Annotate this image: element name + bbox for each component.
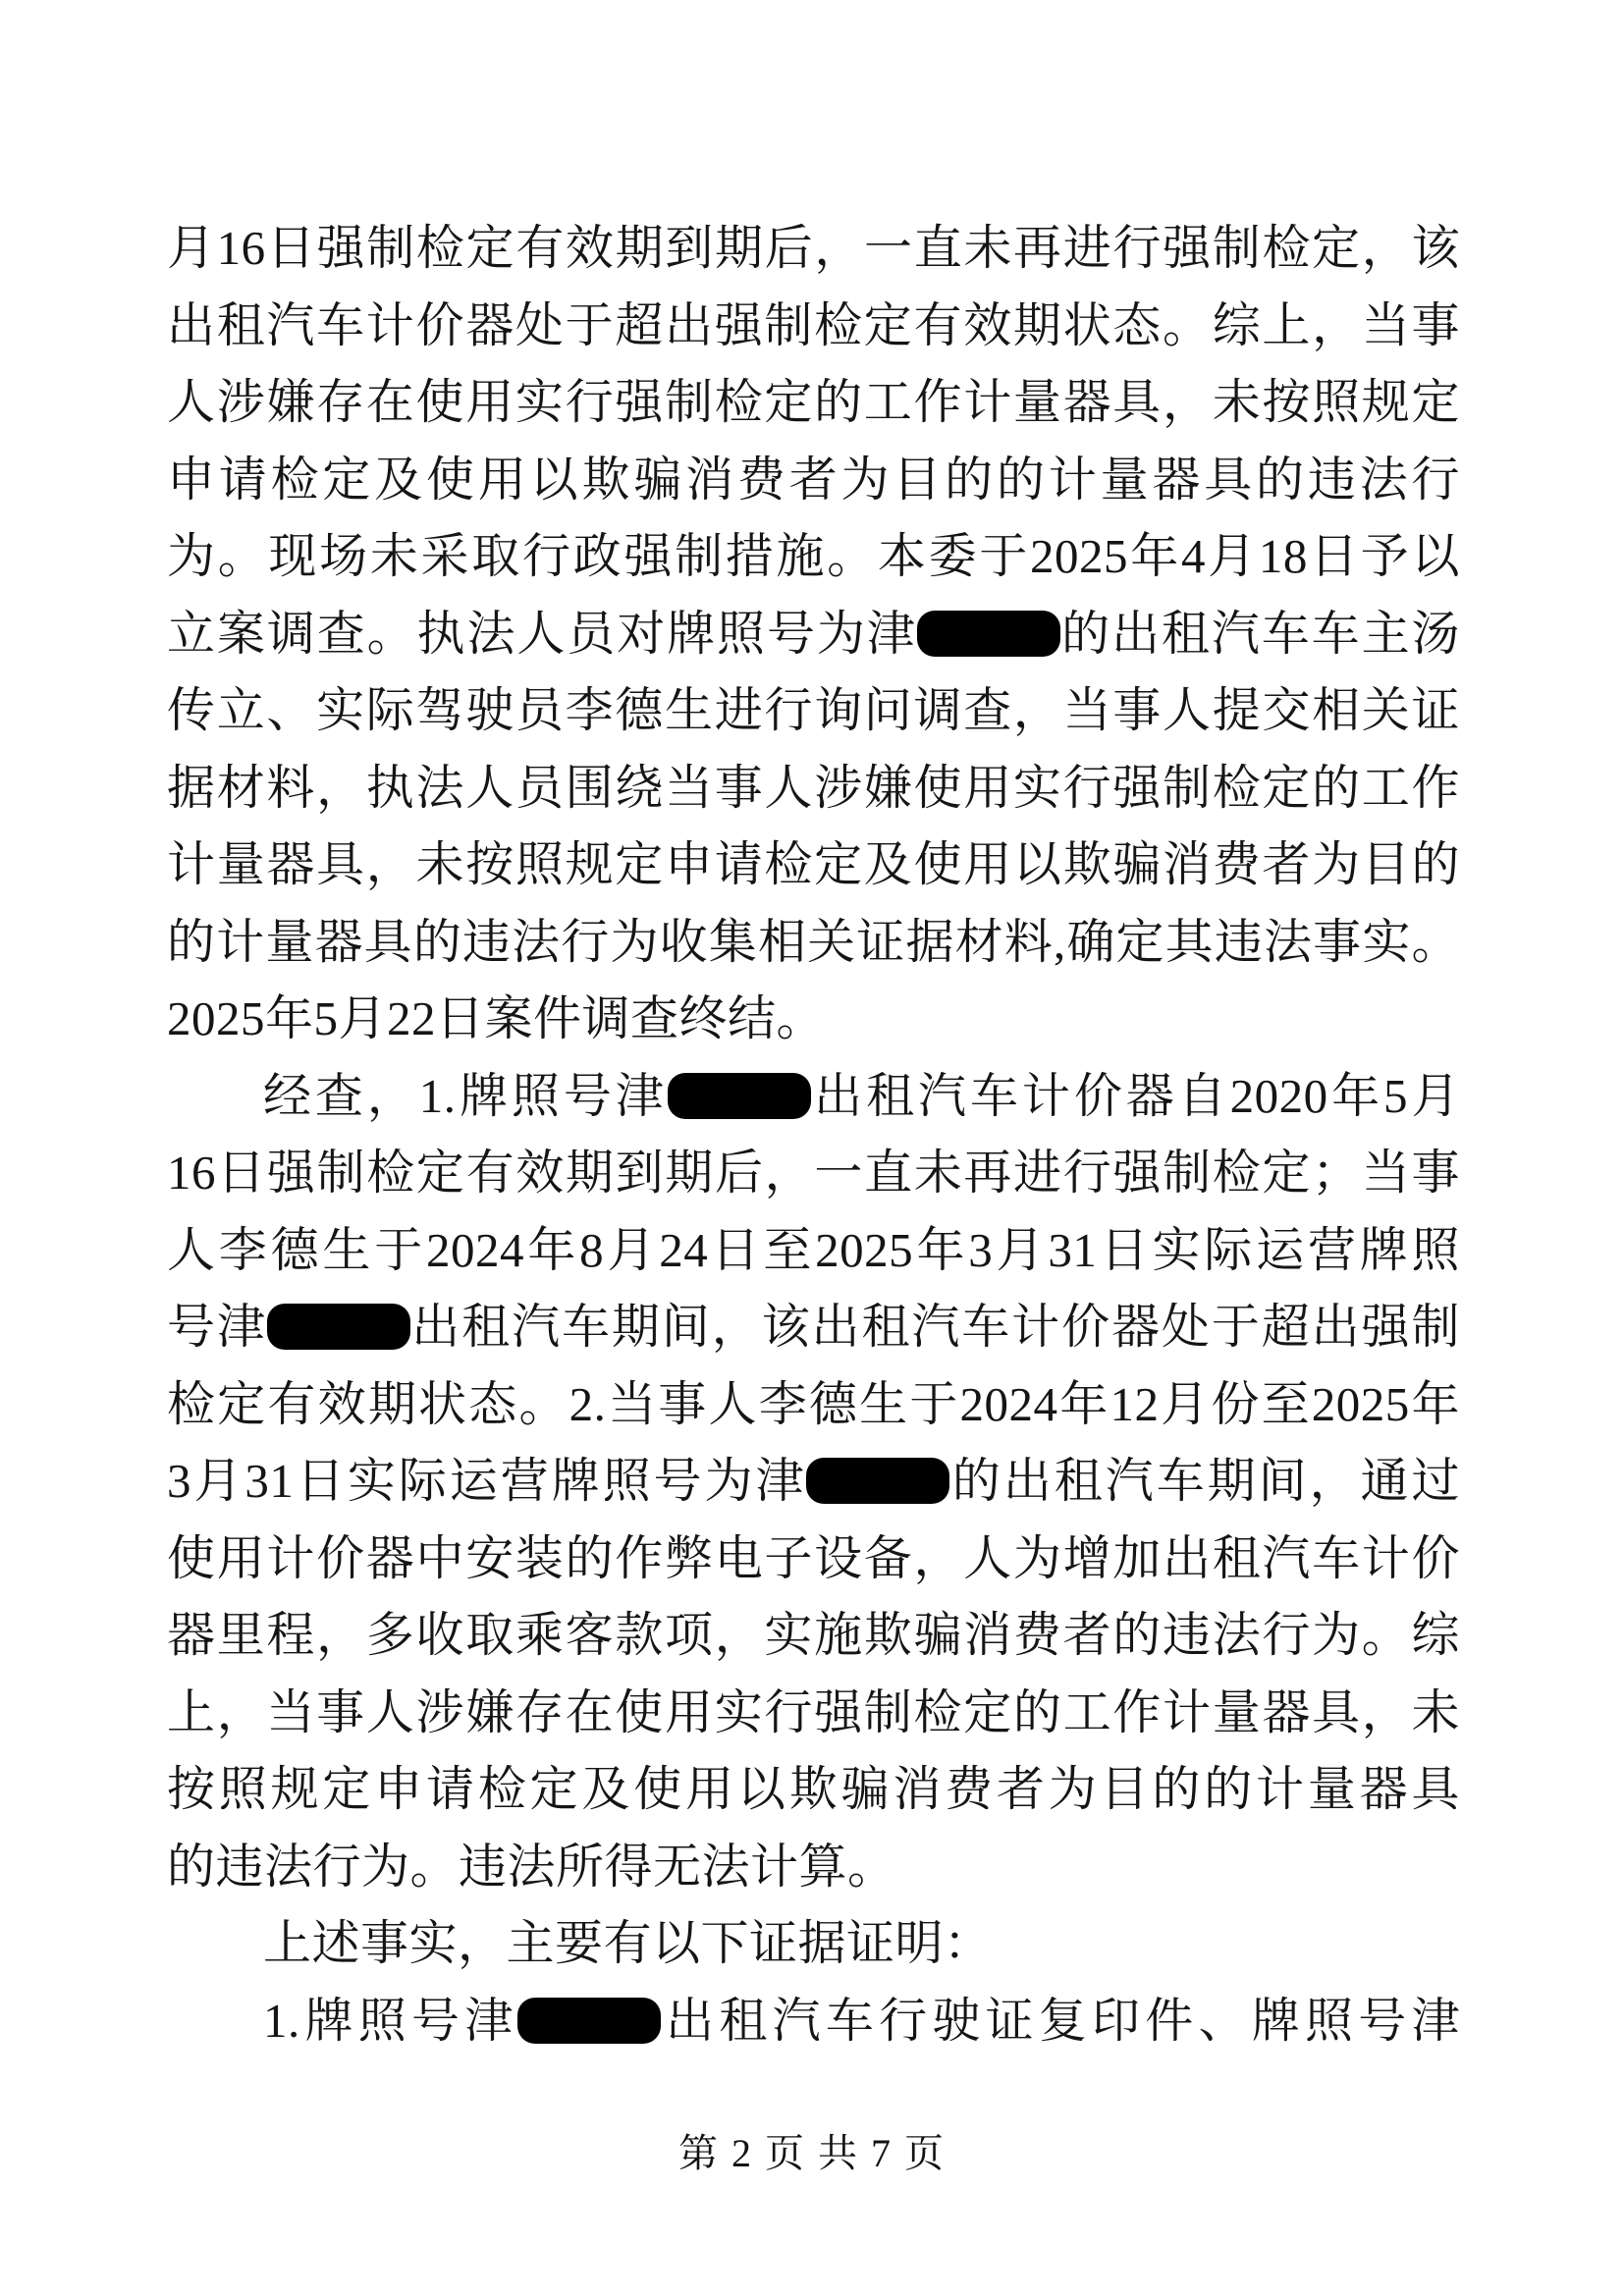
text-run: 传立、实际驾驶员李德生进行询问调查，当事人提交相关证 [167, 683, 1460, 737]
text-run: 1.牌照号津 [263, 1994, 517, 2048]
text-run: 出租汽车期间，该出租汽车计价器处于超出强制 [410, 1300, 1460, 1354]
document-line: 人涉嫌存在使用实行强制检定的工作计量器具，未按照规定 [167, 364, 1460, 442]
document-line: 出租汽车计价器处于超出强制检定有效期状态。综上，当事 [167, 288, 1460, 365]
page-footer: 第 2 页 共 7 页 [0, 2128, 1624, 2179]
redaction-box [917, 611, 1060, 657]
document-line: 3月31日实际运营牌照号为津的出租汽车期间，通过 [167, 1443, 1460, 1521]
text-run: 经查，1.牌照号津 [263, 1069, 668, 1123]
text-run: 计量器具，未按照规定申请检定及使用以欺骗消费者为目的 [167, 837, 1460, 891]
document-line: 号津出租汽车期间，该出租汽车计价器处于超出强制 [167, 1289, 1460, 1366]
document-line: 人李德生于2024年8月24日至2025年3月31日实际运营牌照 [167, 1212, 1460, 1290]
document-line: 月16日强制检定有效期到期后，一直未再进行强制检定，该 [167, 210, 1460, 288]
redaction-box [668, 1073, 811, 1119]
document-line: 经查，1.牌照号津出租汽车计价器自2020年5月 [167, 1058, 1460, 1136]
document-line: 上述事实，主要有以下证据证明： [167, 1905, 1460, 1983]
text-run: 的出租汽车车主汤 [1060, 607, 1460, 661]
text-run: 据材料，执法人员围绕当事人涉嫌使用实行强制检定的工作 [167, 761, 1460, 815]
text-run: 号津 [167, 1300, 267, 1354]
document-line: 据材料，执法人员围绕当事人涉嫌使用实行强制检定的工作 [167, 750, 1460, 828]
document-line: 按照规定申请检定及使用以欺骗消费者为目的的计量器具 [167, 1751, 1460, 1829]
document-line: 计量器具，未按照规定申请检定及使用以欺骗消费者为目的 [167, 827, 1460, 904]
document-line: 立案调查。执法人员对牌照号为津的出租汽车车主汤 [167, 596, 1460, 673]
document-line: 传立、实际驾驶员李德生进行询问调查，当事人提交相关证 [167, 672, 1460, 750]
text-run: 按照规定申请检定及使用以欺骗消费者为目的的计量器具 [167, 1762, 1460, 1816]
document-line: 使用计价器中安装的作弊电子设备，人为增加出租汽车计价 [167, 1521, 1460, 1598]
document-page: 月16日强制检定有效期到期后，一直未再进行强制检定，该出租汽车计价器处于超出强制… [0, 0, 1624, 2296]
text-run: 人李德生于2024年8月24日至2025年3月31日实际运营牌照 [167, 1223, 1460, 1277]
document-line: 1.牌照号津出租汽车行驶证复印件、牌照号津 [167, 1983, 1460, 2060]
text-run: 出租汽车计价器处于超出强制检定有效期状态。综上，当事 [167, 298, 1460, 352]
text-run: 器里程，多收取乘客款项，实施欺骗消费者的违法行为。综 [167, 1608, 1460, 1662]
text-run: 为。现场未采取行政强制措施。本委于2025年4月18日予以 [167, 529, 1460, 583]
redaction-box [806, 1458, 949, 1504]
document-line: 为。现场未采取行政强制措施。本委于2025年4月18日予以 [167, 518, 1460, 596]
text-run: 立案调查。执法人员对牌照号为津 [167, 607, 917, 661]
text-run: 出租汽车计价器自2020年5月 [811, 1069, 1460, 1123]
text-run: 的违法行为。违法所得无法计算。 [167, 1840, 896, 1894]
text-run: 16日强制检定有效期到期后，一直未再进行强制检定；当事 [167, 1146, 1460, 1200]
text-run: 使用计价器中安装的作弊电子设备，人为增加出租汽车计价 [167, 1531, 1460, 1585]
document-line: 16日强制检定有效期到期后，一直未再进行强制检定；当事 [167, 1135, 1460, 1212]
document-line: 上，当事人涉嫌存在使用实行强制检定的工作计量器具，未 [167, 1675, 1460, 1752]
document-lines: 月16日强制检定有效期到期后，一直未再进行强制检定，该出租汽车计价器处于超出强制… [167, 210, 1460, 2059]
text-run: 出租汽车行驶证复印件、牌照号津 [661, 1994, 1460, 2048]
text-run: 的计量器具的违法行为收集相关证据材料,确定其违法事实。 [167, 915, 1460, 969]
text-run: 上述事实，主要有以下证据证明： [263, 1916, 993, 1970]
text-run: 申请检定及使用以欺骗消费者为目的的计量器具的违法行 [167, 453, 1460, 507]
text-run: 人涉嫌存在使用实行强制检定的工作计量器具，未按照规定 [167, 375, 1460, 429]
text-run: 2025年5月22日案件调查终结。 [167, 991, 825, 1045]
text-run: 3月31日实际运营牌照号为津 [167, 1454, 806, 1508]
document-line: 检定有效期状态。2.当事人李德生于2024年12月份至2025年 [167, 1366, 1460, 1444]
document-line: 的计量器具的违法行为收集相关证据材料,确定其违法事实。 [167, 904, 1460, 982]
document-line: 2025年5月22日案件调查终结。 [167, 981, 1460, 1058]
text-run: 检定有效期状态。2.当事人李德生于2024年12月份至2025年 [167, 1377, 1460, 1431]
document-line: 的违法行为。违法所得无法计算。 [167, 1829, 1460, 1906]
document-line: 器里程，多收取乘客款项，实施欺骗消费者的违法行为。综 [167, 1597, 1460, 1675]
text-run: 月16日强制检定有效期到期后，一直未再进行强制检定，该 [167, 221, 1460, 275]
text-run: 的出租汽车期间，通过 [949, 1454, 1460, 1508]
text-run: 上，当事人涉嫌存在使用实行强制检定的工作计量器具，未 [167, 1685, 1460, 1739]
redaction-box [267, 1304, 410, 1350]
redaction-box [517, 1998, 661, 2044]
document-line: 申请检定及使用以欺骗消费者为目的的计量器具的违法行 [167, 442, 1460, 519]
